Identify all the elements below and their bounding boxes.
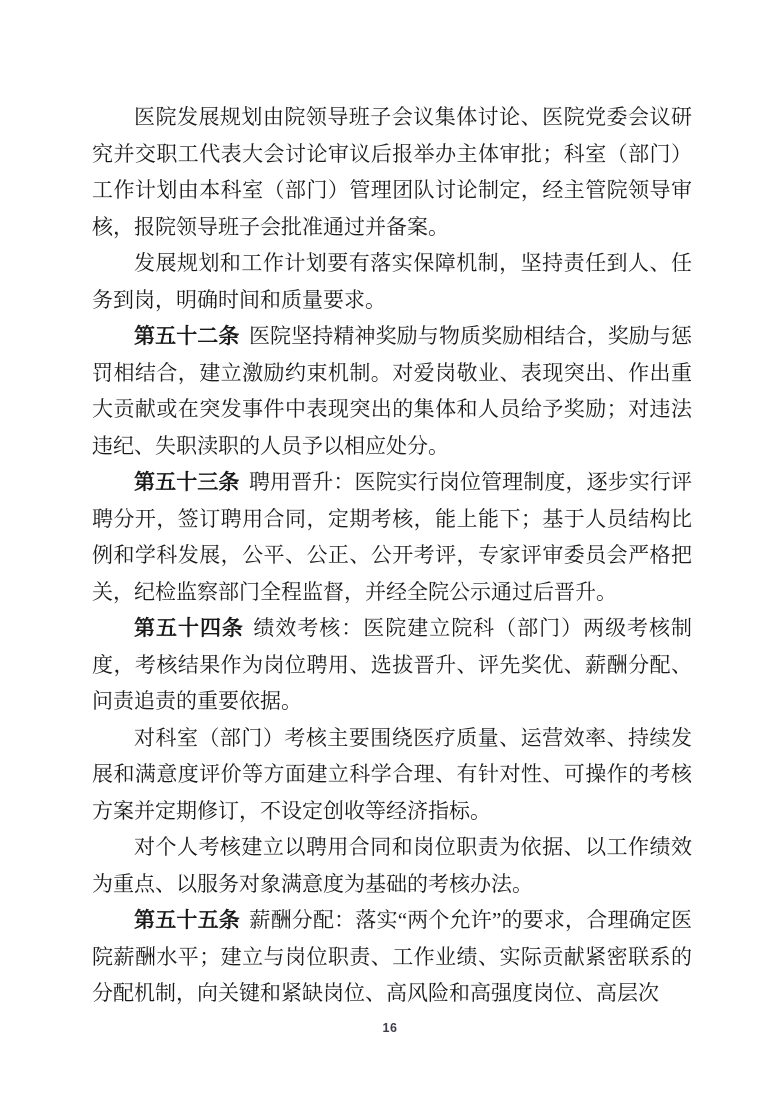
article-number: 第五十二条 xyxy=(134,324,240,348)
page-number: 16 xyxy=(383,1021,398,1035)
document-page: 医院发展规划由院领导班子会议集体讨论、医院党委会议研究并交职工代表大会讨论审议后… xyxy=(0,0,780,1103)
paragraph-text: 对科室（部门）考核主要围绕医疗质量、运营效率、持续发展和满意度评价等方面建立科学… xyxy=(92,726,692,823)
paragraph: 第五十五条薪酬分配：落实“两个允许”的要求，合理确定医院薪酬水平；建立与岗位职责… xyxy=(92,902,692,1012)
paragraph: 对个人考核建立以聘用合同和岗位职责为依据、以工作绩效为重点、以服务对象满意度为基… xyxy=(92,829,692,902)
paragraph: 第五十三条聘用晋升：医院实行岗位管理制度，逐步实行评聘分开，签订聘用合同，定期考… xyxy=(92,464,692,610)
article-number: 第五十四条 xyxy=(134,616,244,640)
article-number: 第五十三条 xyxy=(134,470,240,494)
paragraph: 发展规划和工作计划要有落实保障机制，坚持责任到人、任务到岗，明确时间和质量要求。 xyxy=(92,245,692,318)
document-body: 医院发展规划由院领导班子会议集体讨论、医院党委会议研究并交职工代表大会讨论审议后… xyxy=(92,99,692,1012)
paragraph-text: 对个人考核建立以聘用合同和岗位职责为依据、以工作绩效为重点、以服务对象满意度为基… xyxy=(92,835,692,896)
paragraph-text: 医院发展规划由院领导班子会议集体讨论、医院党委会议研究并交职工代表大会讨论审议后… xyxy=(92,105,692,239)
article-number: 第五十五条 xyxy=(134,908,240,932)
paragraph: 第五十二条医院坚持精神奖励与物质奖励相结合，奖励与惩罚相结合，建立激励约束机制。… xyxy=(92,318,692,464)
page-footer: 16 xyxy=(0,1019,780,1037)
paragraph: 对科室（部门）考核主要围绕医疗质量、运营效率、持续发展和满意度评价等方面建立科学… xyxy=(92,720,692,830)
paragraph-text: 发展规划和工作计划要有落实保障机制，坚持责任到人、任务到岗，明确时间和质量要求。 xyxy=(92,251,692,312)
paragraph: 医院发展规划由院领导班子会议集体讨论、医院党委会议研究并交职工代表大会讨论审议后… xyxy=(92,99,692,245)
paragraph: 第五十四条绩效考核：医院建立院科（部门）两级考核制度，考核结果作为岗位聘用、选拔… xyxy=(92,610,692,720)
